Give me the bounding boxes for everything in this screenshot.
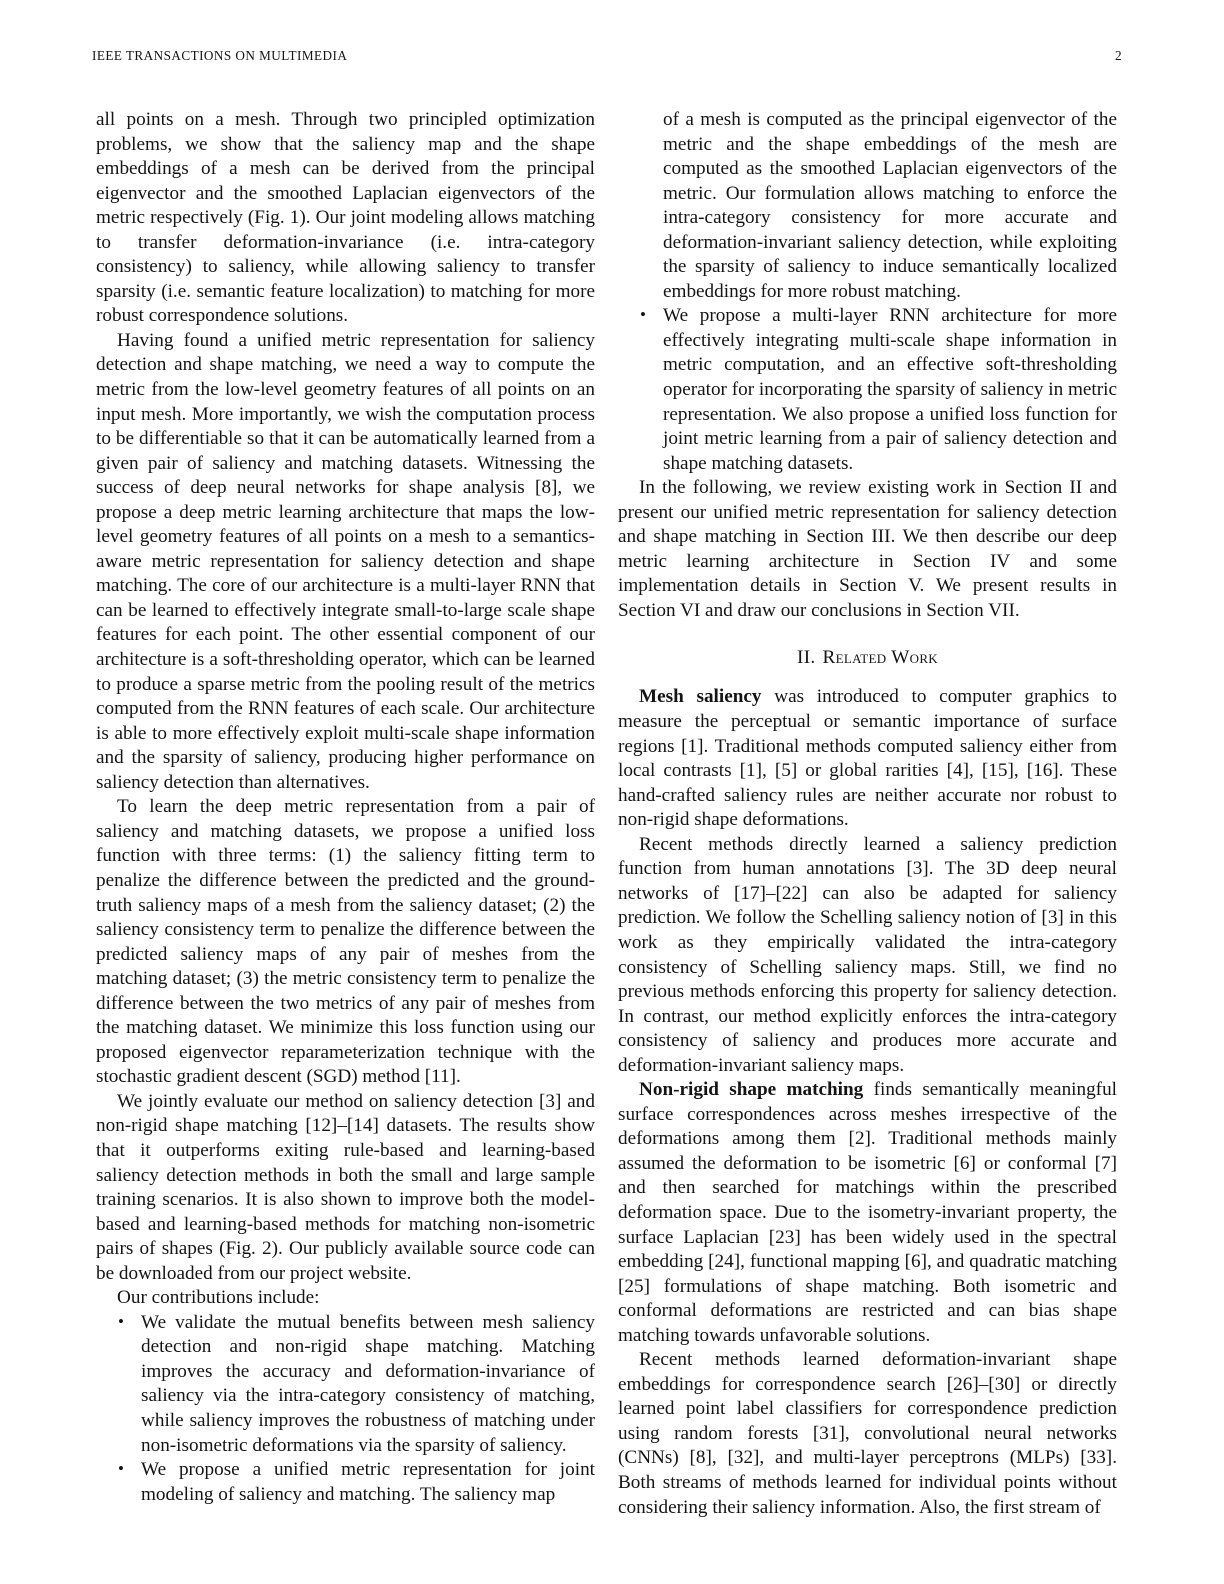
contributions-list-continued: of a mesh is computed as the principal e… (618, 108, 1117, 476)
paragraph-unified-metric: Having found a unified metric representa… (96, 329, 595, 795)
list-item: • We propose a multi-layer RNN architect… (618, 304, 1117, 476)
paragraph-continuation: all points on a mesh. Through two princi… (96, 108, 595, 329)
bullet-icon: • (118, 1310, 124, 1335)
paragraph-nonrigid-matching: Non-rigid shape matching finds semantica… (618, 1078, 1117, 1348)
paragraph-text: finds semantically meaningful surface co… (618, 1079, 1117, 1345)
list-item: • We propose a unified metric representa… (96, 1458, 595, 1507)
paper-page: IEEE TRANSACTIONS ON MULTIMEDIA 2 all po… (0, 0, 1224, 1584)
right-column: of a mesh is computed as the principal e… (618, 108, 1117, 1520)
bold-lead-nonrigid-matching: Non-rigid shape matching (639, 1079, 863, 1100)
paragraph-recent-saliency-methods: Recent methods directly learned a salien… (618, 833, 1117, 1078)
bullet-text: of a mesh is computed as the principal e… (663, 109, 1117, 302)
page-number: 2 (1115, 48, 1122, 64)
list-item-continuation: of a mesh is computed as the principal e… (618, 108, 1117, 304)
paragraph-mesh-saliency: Mesh saliency was introduced to computer… (618, 685, 1117, 832)
contributions-intro: Our contributions include: (96, 1286, 595, 1311)
list-item: • We validate the mutual benefits betwee… (96, 1311, 595, 1458)
left-column: all points on a mesh. Through two princi… (96, 108, 595, 1507)
running-header: IEEE TRANSACTIONS ON MULTIMEDIA 2 (92, 48, 1122, 64)
paragraph-outline: In the following, we review existing wor… (618, 476, 1117, 623)
paragraph-evaluation: We jointly evaluate our method on salien… (96, 1090, 595, 1286)
journal-name: IEEE TRANSACTIONS ON MULTIMEDIA (92, 48, 347, 64)
section-heading-related-work: II.Related Work (618, 646, 1117, 670)
contributions-list: • We validate the mutual benefits betwee… (96, 1311, 595, 1507)
bullet-text: We propose a multi-layer RNN architectur… (663, 305, 1117, 473)
section-number: II. (797, 647, 815, 668)
paragraph-recent-matching-methods: Recent methods learned deformation-invar… (618, 1348, 1117, 1520)
bullet-icon: • (118, 1457, 124, 1482)
section-title: Related Work (822, 647, 938, 668)
bullet-icon: • (640, 303, 646, 328)
bullet-text: We propose a unified metric representati… (141, 1459, 595, 1505)
paragraph-loss-function: To learn the deep metric representation … (96, 795, 595, 1090)
bullet-text: We validate the mutual benefits between … (141, 1312, 595, 1456)
paragraph-text: was introduced to computer graphics to m… (618, 686, 1117, 830)
bold-lead-mesh-saliency: Mesh saliency (639, 686, 762, 707)
